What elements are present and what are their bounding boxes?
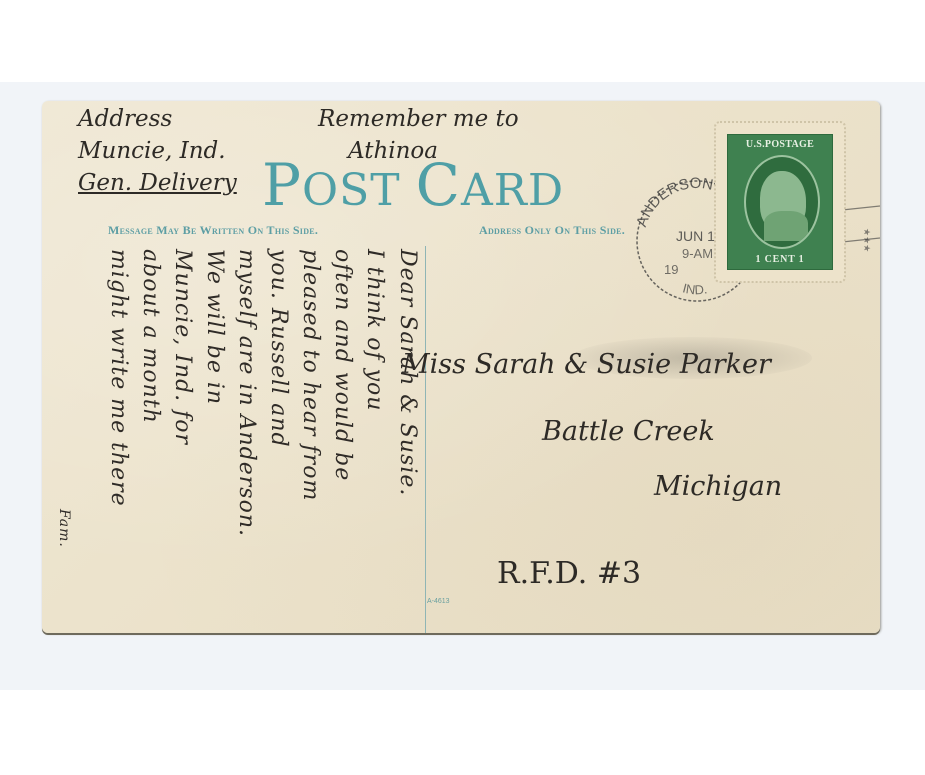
message-line: myself are in Anderson. bbox=[234, 249, 259, 537]
postage-stamp: U.S.POSTAGE 1 CENT 1 bbox=[718, 125, 842, 279]
message-line: about a month bbox=[138, 249, 163, 424]
message-line: Muncie, Ind. for bbox=[170, 249, 195, 445]
recipient-name: Miss Sarah & Susie Parker bbox=[402, 349, 771, 380]
recipient-city: Battle Creek bbox=[542, 416, 715, 447]
svg-text:★★★: ★★★ bbox=[862, 228, 872, 252]
message-line: might write me there bbox=[106, 249, 131, 507]
svg-text:IND.: IND. bbox=[681, 280, 708, 297]
title-letters-ard: ARD bbox=[461, 165, 564, 216]
form-number: A-4613 bbox=[427, 598, 450, 605]
note-line: Muncie, Ind. bbox=[78, 135, 237, 167]
recipient-state: Michigan bbox=[654, 471, 782, 502]
recipient-route: R.F.D. #3 bbox=[497, 556, 641, 591]
svg-text:JUN 16: JUN 16 bbox=[676, 228, 723, 244]
stamp-top-text: U.S.POSTAGE bbox=[728, 139, 832, 150]
washington-portrait-icon bbox=[744, 155, 820, 249]
remember-note: Remember me to Athinoa bbox=[318, 103, 519, 167]
stamp-design: U.S.POSTAGE 1 CENT 1 bbox=[727, 134, 833, 270]
message-line: often and would be bbox=[330, 249, 355, 481]
svg-text:19: 19 bbox=[664, 262, 678, 277]
message-signature: Fam. bbox=[56, 509, 72, 548]
center-divider bbox=[425, 246, 426, 633]
message-line: you. Russell and bbox=[266, 249, 291, 448]
svg-text:9-AM: 9-AM bbox=[682, 246, 713, 261]
svg-text:ANDERSON: ANDERSON bbox=[633, 175, 714, 229]
message-line: We will be in bbox=[202, 249, 227, 405]
stamp-denomination: 1 CENT 1 bbox=[728, 254, 832, 265]
message-line: I think of you bbox=[362, 249, 387, 411]
title-letters-ost: OST bbox=[302, 165, 416, 216]
title-letter-p: P bbox=[262, 151, 302, 219]
return-address-note: Address Muncie, Ind. Gen. Delivery bbox=[78, 103, 237, 199]
portrait-bust bbox=[760, 171, 806, 231]
message-side-caption: Message May Be Written On This Side. bbox=[108, 223, 318, 238]
note-line: Remember me to bbox=[318, 103, 519, 135]
note-line: Address bbox=[78, 103, 237, 135]
postcard: POST CARD Message May Be Written On This… bbox=[42, 101, 880, 633]
message-line: pleased to hear from bbox=[298, 249, 323, 501]
cancellation-bars: ★★★ bbox=[842, 196, 880, 256]
note-line: Gen. Delivery bbox=[78, 167, 237, 199]
address-side-caption: Address Only On This Side. bbox=[479, 223, 625, 238]
handwritten-message: Dear Sarah & Susie. I think of you often… bbox=[50, 249, 418, 627]
note-line: Athinoa bbox=[318, 135, 519, 167]
